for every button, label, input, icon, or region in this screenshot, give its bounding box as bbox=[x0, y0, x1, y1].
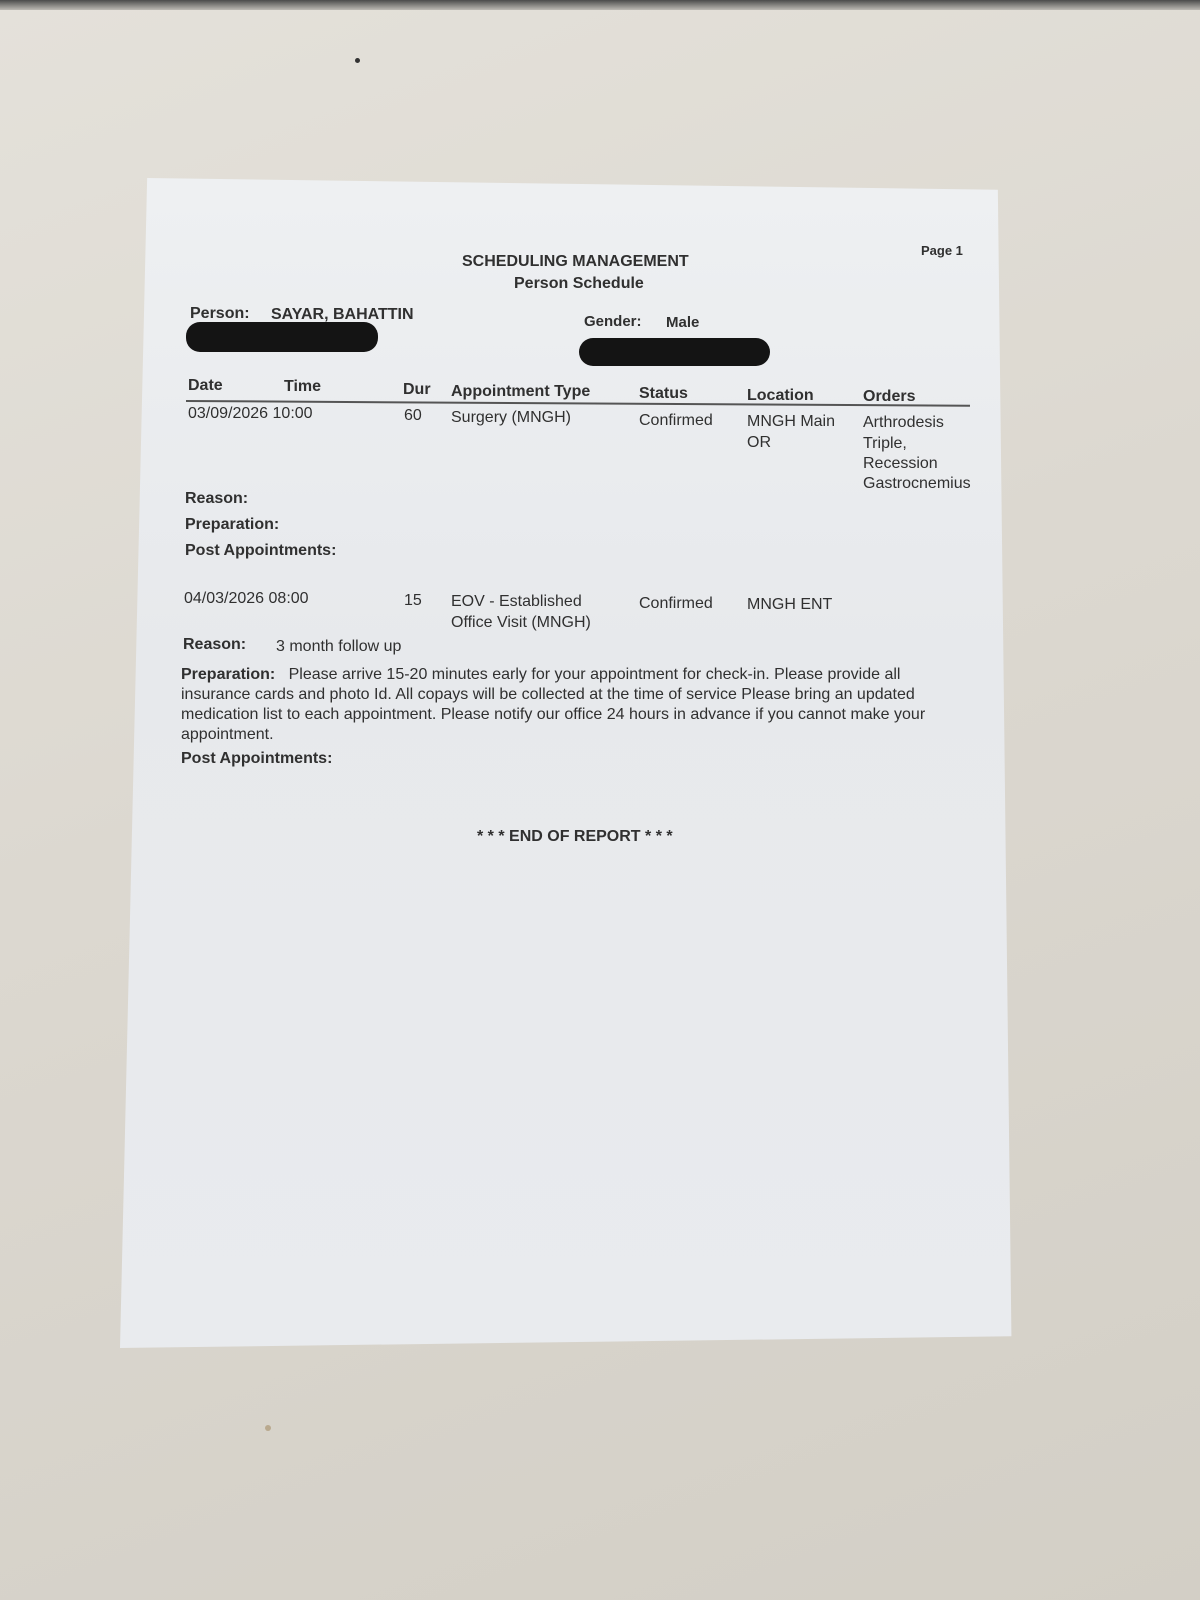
appointment-status: Confirmed bbox=[639, 595, 713, 613]
post-appointments-label: Post Appointments: bbox=[185, 542, 336, 560]
col-time: Time bbox=[284, 378, 321, 396]
appointment-order: Gastrocnemius bbox=[863, 475, 971, 493]
appointment-order: Recession bbox=[863, 455, 938, 473]
col-dur: Dur bbox=[403, 381, 431, 399]
report-subtitle: Person Schedule bbox=[514, 275, 644, 293]
col-status: Status bbox=[639, 385, 688, 403]
reason-label: Reason: bbox=[185, 490, 248, 508]
preparation-block: Preparation: Please arrive 15-20 minutes… bbox=[181, 665, 971, 745]
table-spot bbox=[265, 1425, 271, 1431]
appointment-location-line2: OR bbox=[747, 434, 771, 452]
preparation-label: Preparation: bbox=[181, 666, 275, 683]
end-of-report: * * * END OF REPORT * * * bbox=[477, 828, 673, 846]
page-number: Page 1 bbox=[921, 243, 963, 258]
appointment-location: MNGH Main bbox=[747, 413, 835, 431]
appointment-order: Arthrodesis bbox=[863, 414, 944, 432]
col-appointment-type: Appointment Type bbox=[451, 383, 590, 401]
reason-text: 3 month follow up bbox=[276, 638, 401, 656]
col-date: Date bbox=[188, 377, 223, 395]
appointment-location: MNGH ENT bbox=[747, 596, 832, 614]
person-label: Person: bbox=[190, 305, 250, 323]
appointment-type: Surgery (MNGH) bbox=[451, 409, 571, 427]
gender-value: Male bbox=[666, 314, 699, 331]
appointment-duration: 60 bbox=[404, 407, 422, 425]
report-title: SCHEDULING MANAGEMENT bbox=[462, 253, 689, 271]
appointment-order: Triple, bbox=[863, 435, 907, 453]
table-spot bbox=[355, 58, 360, 63]
appointment-datetime: 03/09/2026 10:00 bbox=[188, 405, 313, 423]
background-edge bbox=[0, 0, 1200, 10]
appointment-duration: 15 bbox=[404, 592, 422, 610]
appointment-type: EOV - Established bbox=[451, 593, 582, 611]
appointment-type-line2: Office Visit (MNGH) bbox=[451, 614, 591, 632]
appointment-datetime: 04/03/2026 08:00 bbox=[184, 590, 309, 608]
preparation-label: Preparation: bbox=[185, 516, 279, 534]
reason-label: Reason: bbox=[183, 636, 246, 654]
post-appointments-label: Post Appointments: bbox=[181, 750, 332, 768]
appointment-status: Confirmed bbox=[639, 412, 713, 430]
gender-label: Gender: bbox=[584, 313, 642, 330]
redaction-mark bbox=[579, 338, 770, 366]
redaction-mark bbox=[186, 322, 378, 352]
preparation-text: Please arrive 15-20 minutes early for yo… bbox=[181, 666, 925, 743]
col-location: Location bbox=[747, 387, 814, 405]
